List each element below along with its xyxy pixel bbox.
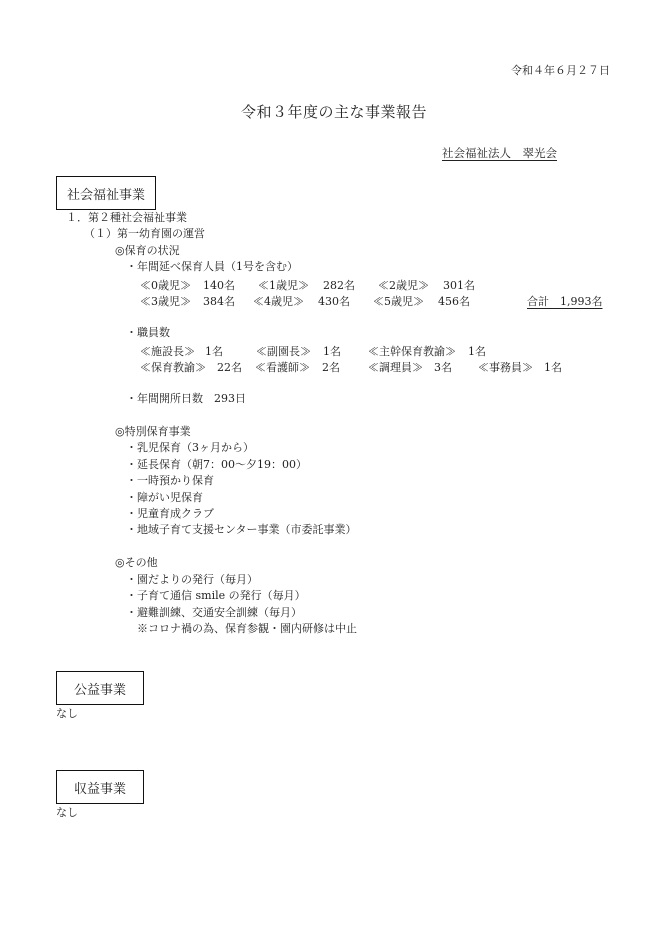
staff-role: ≪調理員≫ (368, 359, 423, 375)
staff-label: ・職員数 (126, 326, 170, 340)
staff-count: 1名 (544, 359, 562, 375)
age-label: ≪5歳児≫ (373, 293, 424, 309)
section-heading-label: 公益事業 (74, 679, 126, 698)
annual-children-label: ・年間延べ保育人員（1号を含む） (126, 260, 298, 274)
list-item: ・一時預かり保育 (126, 474, 214, 488)
staff-count: 1名 (468, 343, 486, 359)
staff-role: ≪施設長≫ (140, 343, 195, 359)
section-heading-label: 収益事業 (74, 778, 126, 797)
age-label: ≪2歳児≫ (378, 277, 429, 293)
profit-content: なし (56, 806, 78, 820)
section-heading-label: 社会福祉事業 (67, 184, 145, 203)
age-count: 301名 (443, 277, 475, 293)
staff-count: 22名 (217, 359, 242, 375)
age-label: ≪3歳児≫ (140, 293, 191, 309)
page-title: 令和３年度の主な事業報告 (241, 101, 427, 122)
list-item: ・障がい児保育 (126, 491, 203, 505)
children-total: 合計 1,993名 (527, 293, 603, 309)
list-item: ・避難訓練、交通安全訓練（毎月） (126, 606, 302, 620)
list-item: ・園だよりの発行（毎月） (126, 573, 258, 587)
section-heading-social-welfare: 社会福祉事業 (56, 176, 156, 210)
sub-item-heading: （１）第一幼育園の運営 (84, 227, 205, 241)
staff-count: 1名 (323, 343, 341, 359)
staff-role: ≪事務員≫ (478, 359, 533, 375)
section-heading-public-interest: 公益事業 (56, 671, 144, 705)
staff-count: 2名 (322, 359, 340, 375)
age-label: ≪4歳児≫ (253, 293, 304, 309)
list-item: ・子育て通信 smile の発行（毎月） (126, 589, 306, 603)
open-days: ・年間開所日数 293日 (126, 392, 246, 406)
age-label: ≪1歳児≫ (258, 277, 309, 293)
report-date: 令和４年６月２７日 (511, 62, 610, 78)
list-item: ・乳児保育（3ヶ月から） (126, 441, 254, 455)
staff-role: ≪保育教諭≫ (140, 359, 206, 375)
section-heading-profit: 収益事業 (56, 770, 144, 804)
age-count: 430名 (318, 293, 350, 309)
list-item: ・児童育成クラブ (126, 507, 214, 521)
item-heading: １．第２種社会福祉事業 (66, 211, 187, 225)
staff-role: ≪副園長≫ (256, 343, 311, 359)
public-interest-content: なし (56, 707, 78, 721)
organization-name: 社会福祉法人 翠光会 (442, 145, 557, 161)
special-care-heading: ◎特別保育事業 (115, 425, 191, 439)
other-heading: ◎その他 (115, 556, 158, 570)
staff-role: ≪主幹保育教諭≫ (368, 343, 456, 359)
age-count: 282名 (323, 277, 355, 293)
list-item: ・地域子育て支援センター事業（市委託事業） (126, 523, 357, 537)
staff-count: 1名 (205, 343, 223, 359)
list-item: ・延長保育（朝7：00〜夕19：00） (126, 458, 307, 472)
age-label: ≪0歳児≫ (140, 277, 191, 293)
age-count: 140名 (203, 277, 235, 293)
childcare-status-heading: ◎保育の状況 (115, 244, 180, 258)
note: ※コロナ禍の為、保育参観・園内研修は中止 (137, 622, 357, 636)
age-count: 384名 (203, 293, 235, 309)
age-count: 456名 (438, 293, 470, 309)
staff-role: ≪看護師≫ (255, 359, 310, 375)
staff-count: 3名 (434, 359, 452, 375)
